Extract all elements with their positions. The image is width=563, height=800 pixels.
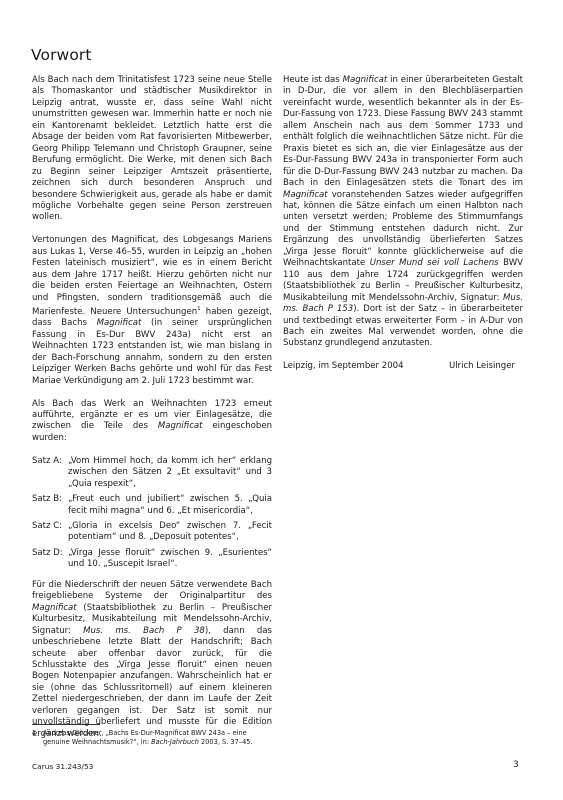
text-span: ), dann das unbeschriebene letzte Blatt … <box>32 626 272 739</box>
footnote-text: Andreas Glöckner, „Bachs Es-Dur-Magnific… <box>43 729 267 747</box>
satz-text: „Virga Jesse floruit“ zwischen 9. „Esuri… <box>68 548 272 571</box>
satz-label: Satz D: <box>32 548 68 571</box>
paragraph-magnificat-history: Vertonungen des Magnificat, des Lobgesan… <box>32 235 272 387</box>
author-name: Ulrich Leisinger <box>449 361 515 372</box>
satz-item-d: Satz D:„Virga Jesse floruit“ zwischen 9.… <box>32 548 272 571</box>
place-date: Leipzig, im September 2004 <box>283 361 404 372</box>
italic-title: Magnificat <box>158 421 203 431</box>
satz-label: Satz B: <box>32 494 68 517</box>
text-span: 2003, S. 37–45. <box>199 738 253 746</box>
text-span: Heute ist das <box>283 75 343 85</box>
satz-label: Satz C: <box>32 521 68 544</box>
page-number: 3 <box>513 760 519 770</box>
satz-item-c: Satz C:„Gloria in excelsis Deo“ zwischen… <box>32 521 272 544</box>
paragraph-d-major-version: Heute ist das Magnificat in einer überar… <box>283 75 523 350</box>
paragraph-christmas: Als Bach das Werk an Weihnachten 1723 er… <box>32 399 272 445</box>
satz-text: „Gloria in excelsis Deo“ zwischen 7. „Fe… <box>68 521 272 544</box>
text-span: Für die Niederschrift der neuen Sätze ve… <box>32 580 272 601</box>
satz-item-b: Satz B:„Freut euch und jubiliert“ zwisch… <box>32 494 272 517</box>
satz-item-a: Satz A:„Vom Himmel hoch, da komm ich her… <box>32 456 272 490</box>
italic-title: Magnificat <box>283 190 328 200</box>
italic-title: Magnificat <box>343 75 388 85</box>
left-column: Als Bach nach dem Trinitatisfest 1723 se… <box>32 75 272 752</box>
italic-title: Unser Mund sei voll Lachens <box>370 258 499 268</box>
footnote-divider <box>32 724 100 725</box>
page-title: Vorwort <box>31 46 92 64</box>
text-span: Vertonungen des Magnificat, des Lobgesan… <box>32 235 272 317</box>
footnote: 1 Andreas Glöckner, „Bachs Es-Dur-Magnif… <box>32 729 267 747</box>
footnote-number: 1 <box>32 729 36 738</box>
satz-label: Satz A: <box>32 456 68 490</box>
satz-list: Satz A:„Vom Himmel hoch, da komm ich her… <box>32 456 272 571</box>
signature-line: Leipzig, im September 2004 Ulrich Leisin… <box>283 361 523 372</box>
italic-signature: Mus. ms. Bach P 38 <box>83 626 205 636</box>
italic-title: Magnificat <box>32 603 77 613</box>
text-span: voranstehenden Satzes wieder aufgegriffe… <box>283 190 523 269</box>
paragraph-manuscript: Für die Niederschrift der neuen Sätze ve… <box>32 580 272 740</box>
italic-title: Bach-Jahrbuch <box>151 738 199 746</box>
satz-text: „Vom Himmel hoch, da komm ich her“ erkla… <box>68 456 272 490</box>
right-column: Heute ist das Magnificat in einer überar… <box>283 75 523 373</box>
paragraph-intro: Als Bach nach dem Trinitatisfest 1723 se… <box>32 75 272 224</box>
satz-text: „Freut euch und jubiliert“ zwischen 5. „… <box>68 494 272 517</box>
text-span: (in seiner ursprünglichen Fassung in Es-… <box>32 318 272 385</box>
catalog-number: Carus 31.243/53 <box>32 762 93 771</box>
italic-title: Magnificat <box>97 318 142 328</box>
text-span: in einer überarbeiteten Gestalt in D-Dur… <box>283 75 523 188</box>
